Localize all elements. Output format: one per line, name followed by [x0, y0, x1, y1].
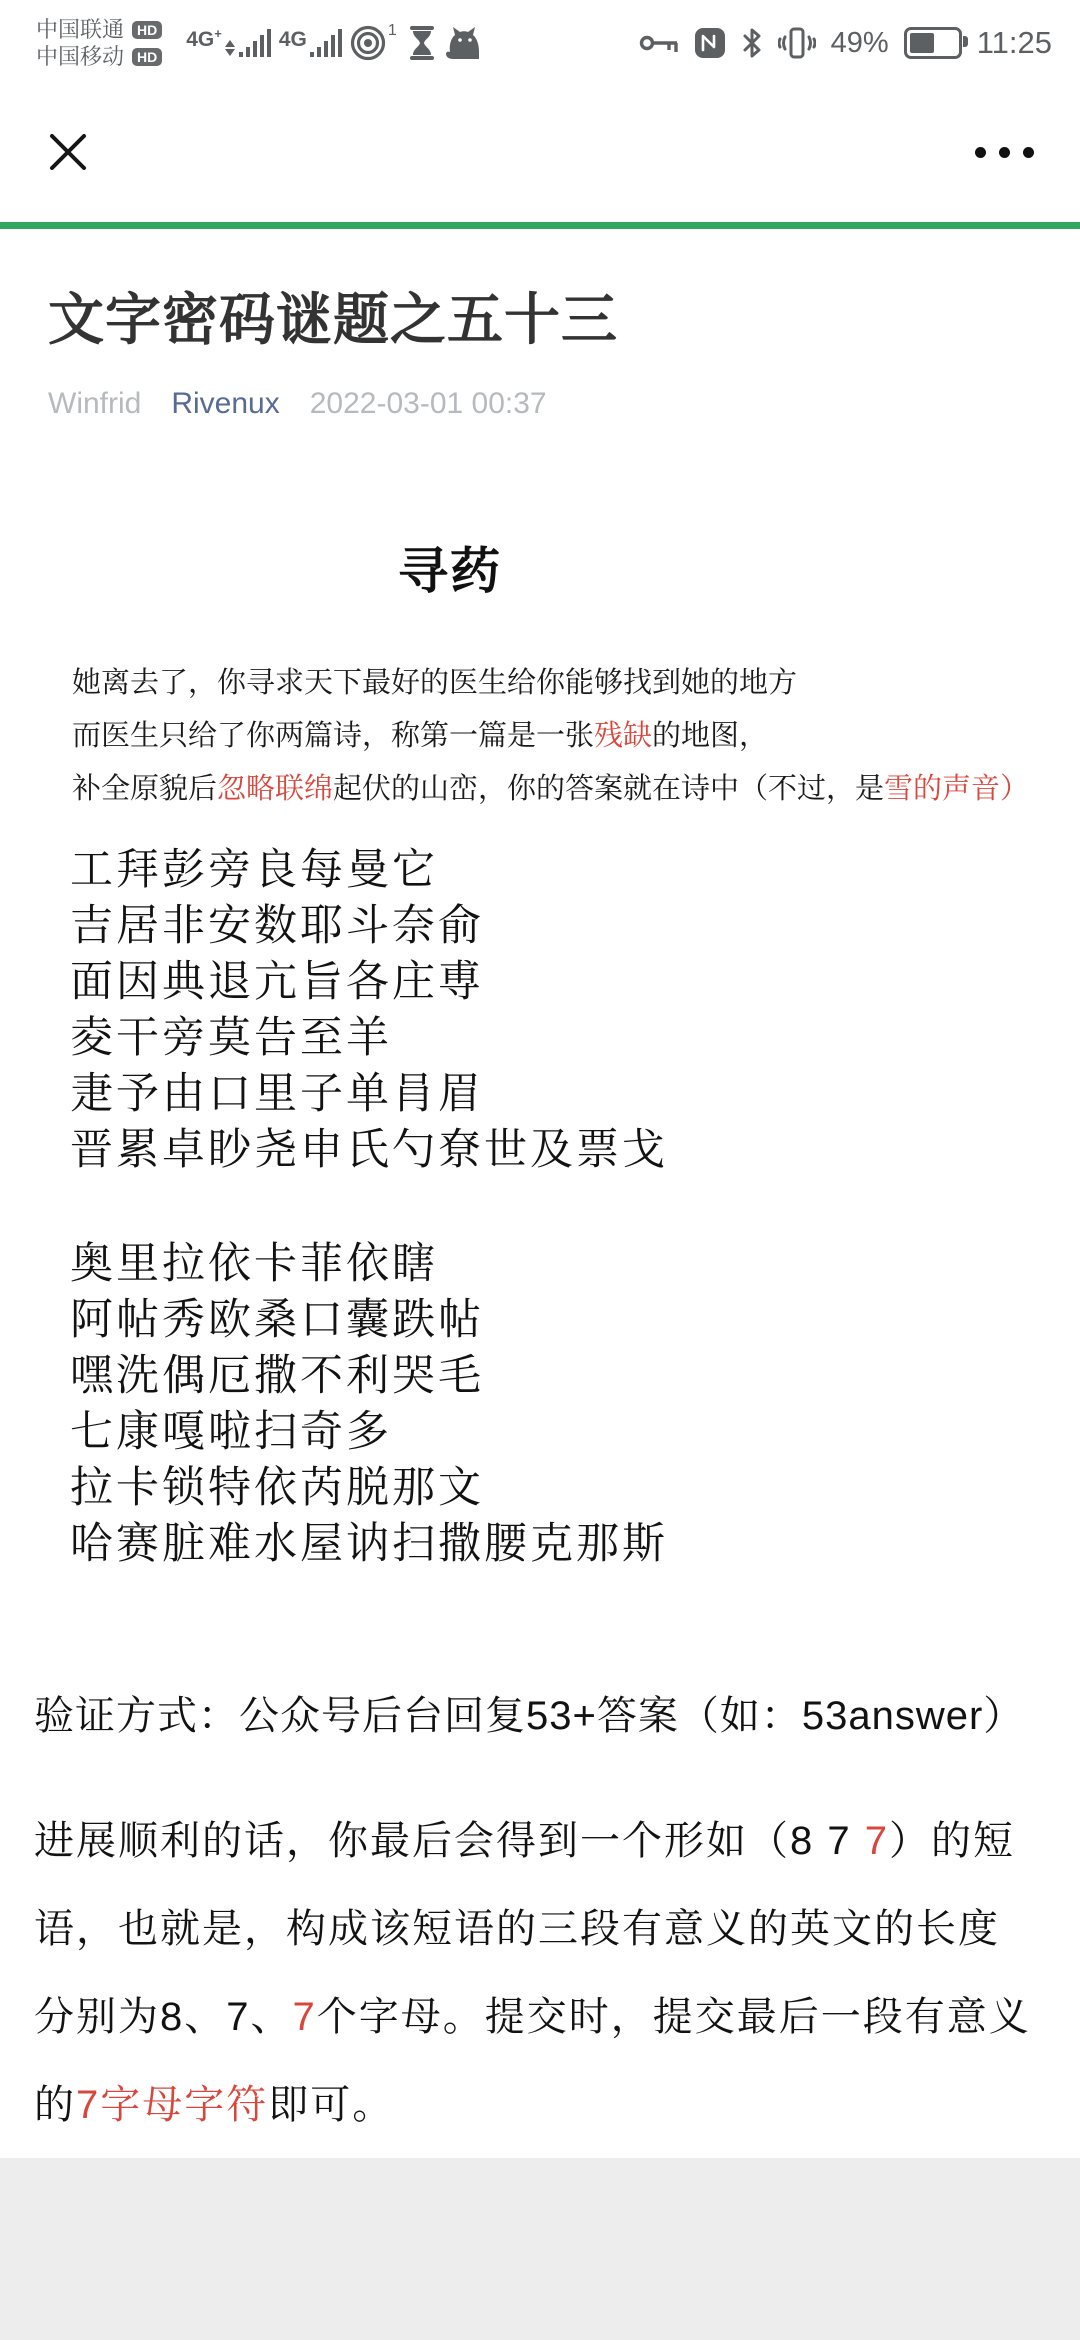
intro-paragraph: 她离去了，你寻求天下最好的医生给你能够找到她的地方 而医生只给了你两篇诗，称第一…: [72, 657, 1040, 816]
hd-badge-icon: HD: [132, 48, 162, 66]
outro-line: 语，也就是，构成该短语的三段有意义的英文的长度: [34, 1885, 1046, 1973]
highlighted-text: 7: [293, 1995, 317, 2039]
poem-line: 吉居非安数耶斗奈俞: [70, 898, 1060, 954]
poem-line: 嘿洗偶厄撒不利哭毛: [70, 1348, 1060, 1404]
hd-badge-icon: HD: [132, 21, 162, 39]
article-title: 文字密码谜题之五十三: [48, 287, 1032, 353]
intro-line: 她离去了，你寻求天下最好的医生给你能够找到她的地方: [72, 657, 1040, 710]
battery-icon: [904, 27, 962, 59]
highlighted-text: 忽略联绵: [217, 773, 333, 805]
vibrate-icon: [778, 26, 816, 60]
close-button[interactable]: [46, 130, 90, 174]
verification-line: 验证方式：公众号后台回复53+答案（如：53answer）: [34, 1684, 1046, 1741]
carrier-row-1: 中国联通 HD: [36, 18, 162, 42]
poem-line: 哈赛脏难水屋讷扫撒腰克那斯: [70, 1516, 1060, 1572]
outro-line: 分别为8、7、7个字母。提交时，提交最后一段有意义: [34, 1973, 1046, 2061]
poem-line: 工拜彭旁良每曼它: [70, 842, 1060, 898]
key-icon: [639, 30, 679, 56]
navbar: [0, 82, 1080, 222]
carrier-row-2: 中国移动 HD: [36, 45, 162, 69]
more-menu-icon: [1023, 147, 1034, 158]
poem-line: 阿帖秀欧桑口囊跌帖: [70, 1292, 1060, 1348]
phone-screen: 中国联通 HD 中国移动 HD 4G+ 4G: [0, 0, 1080, 2340]
poem-2: 奥里拉依卡菲依瞎阿帖秀欧桑口囊跌帖嘿洗偶厄撒不利哭毛七康嘎啦扫奇多拉卡锁特依芮脱…: [70, 1236, 1060, 1572]
poem-line: 夌干旁莫告至羊: [70, 1010, 1060, 1066]
article-body: 文字密码谜题之五十三 Winfrid Rivenux 2022-03-01 00…: [0, 229, 1080, 2158]
data-activity-icon: [225, 40, 235, 56]
network-type-label: 4G: [279, 30, 307, 50]
publish-date: 2022-03-01 00:37: [310, 387, 547, 421]
battery-percentage: 49%: [831, 27, 889, 60]
outro-paragraph: 进展顺利的话，你最后会得到一个形如（8 7 7）的短 语，也就是，构成该短语的三…: [34, 1797, 1046, 2149]
poem-line: 面因典退亢旨各庄尃: [70, 954, 1060, 1010]
bluetooth-icon: [741, 27, 763, 59]
wifi-calling-icon: [350, 25, 386, 61]
status-right-cluster: 49% 11:25: [639, 25, 1052, 61]
poem-line: 七康嘎啦扫奇多: [70, 1404, 1060, 1460]
signal-bars-icon: [239, 28, 273, 58]
outro-line: 的7字母字符即可。: [34, 2061, 1046, 2149]
more-menu-icon: [999, 147, 1010, 158]
intro-line: 补全原貌后忽略联绵起伏的山峦，你的答案就在诗中（不过，是雪的声音）: [72, 763, 1040, 816]
reading-progress-bar: [0, 222, 1080, 229]
outro-line: 进展顺利的话，你最后会得到一个形如（8 7 7）的短: [34, 1797, 1046, 1885]
status-time: 11:25: [977, 25, 1052, 61]
nfc-icon: [694, 27, 726, 59]
wifi-calling-count: 1: [388, 22, 397, 40]
more-menu-button[interactable]: [975, 137, 1034, 168]
highlighted-text: 残缺: [594, 720, 652, 752]
signal-group-2: 4G: [279, 28, 344, 58]
carrier-block: 中国联通 HD 中国移动 HD: [36, 18, 162, 69]
signal-group-1: 4G+: [186, 28, 273, 58]
highlighted-text: 7: [865, 1819, 889, 1863]
poem-line: 疌予由口里子单肙眉: [70, 1066, 1060, 1122]
poem-line: 晋累卓眇尧申氏勺尞世及票戈: [70, 1122, 1060, 1178]
article-meta: Winfrid Rivenux 2022-03-01 00:37: [48, 387, 1032, 421]
account-link[interactable]: Rivenux: [171, 387, 279, 421]
poem-1: 工拜彭旁良每曼它吉居非安数耶斗奈俞面因典退亢旨各庄尃夌干旁莫告至羊疌予由口里子单…: [70, 842, 1060, 1178]
network-type-label: 4G+: [186, 24, 222, 50]
puzzle-heading: 寻药: [72, 531, 828, 603]
poem-line: 拉卡锁特依芮脱那文: [70, 1460, 1060, 1516]
close-icon: [46, 130, 90, 174]
signal-bars-icon: [310, 28, 344, 58]
network-cluster: 4G+ 4G: [186, 25, 483, 61]
intro-line: 而医生只给了你两篇诗，称第一篇是一张残缺的地图，: [72, 710, 1040, 763]
more-menu-icon: [975, 147, 986, 158]
author-name: Winfrid: [48, 387, 141, 421]
carrier2-name: 中国移动: [36, 45, 124, 69]
highlighted-text: 7字母字符: [76, 2083, 268, 2127]
page-end-band: [0, 2158, 1080, 2340]
cat-app-icon: [443, 25, 483, 61]
carrier1-name: 中国联通: [36, 18, 124, 42]
poem-line: 奥里拉依卡菲依瞎: [70, 1236, 1060, 1292]
status-bar: 中国联通 HD 中国移动 HD 4G+ 4G: [0, 0, 1080, 82]
hourglass-icon: [407, 26, 437, 60]
highlighted-text: 雪的声音）: [884, 773, 1029, 805]
